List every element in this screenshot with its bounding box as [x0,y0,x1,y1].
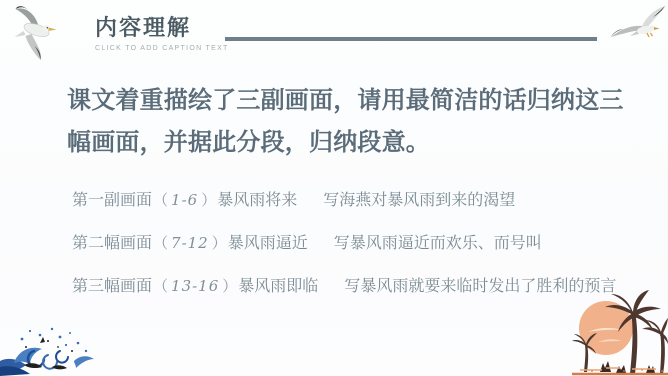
seagull-icon [3,3,66,61]
paren-close: ） [200,192,217,209]
palm-sunset-icon [572,284,668,376]
ink-wave-icon [0,321,94,376]
paren-open: （ [152,235,169,252]
presentation-slide: 内容理解 CLICK TO ADD CAPTION TEXT 课文着重描绘了三副… [0,0,668,376]
question-text: 课文着重描绘了三副画面，请用最简洁的话归纳这三幅画面，并据此分段，归纳段意。 [67,80,625,164]
list-item: 第一副画面（1-6）暴风雨将来写海燕对暴风雨到来的渴望 [72,190,632,211]
bullet-desc: 写暴风雨逼近而欢乐、而号叫 [334,235,542,252]
paren-open: （ [152,278,169,295]
paren-close: ） [211,235,228,252]
bullet-scene: 暴风雨即临 [238,278,318,295]
seagull-icon [609,4,667,52]
paragraph-range: 7-12 [169,234,211,252]
paren-close: ） [221,278,238,295]
paragraph-range: 13-16 [169,277,221,295]
header-divider [225,37,597,41]
bullet-scene: 暴风雨逼近 [228,235,308,252]
list-item: 第三幅画面（13-16）暴风雨即临写暴风雨就要来临时发出了胜利的预言 [72,276,632,297]
bullet-label: 第三幅画面 [72,278,152,295]
caption-text: CLICK TO ADD CAPTION TEXT [95,45,229,52]
bullet-label: 第一副画面 [72,192,152,209]
paren-open: （ [152,192,169,209]
page-title: 内容理解 [95,15,229,41]
paragraph-range: 1-6 [169,191,200,209]
bullet-list: 第一副画面（1-6）暴风雨将来写海燕对暴风雨到来的渴望 第二幅画面（7-12）暴… [72,190,632,319]
bullet-scene: 暴风雨将来 [217,192,297,209]
bullet-label: 第二幅画面 [72,235,152,252]
slide-header: 内容理解 CLICK TO ADD CAPTION TEXT [95,15,229,52]
bullet-desc: 写海燕对暴风雨到来的渴望 [323,192,515,209]
list-item: 第二幅画面（7-12）暴风雨逼近写暴风雨逼近而欢乐、而号叫 [72,233,632,254]
